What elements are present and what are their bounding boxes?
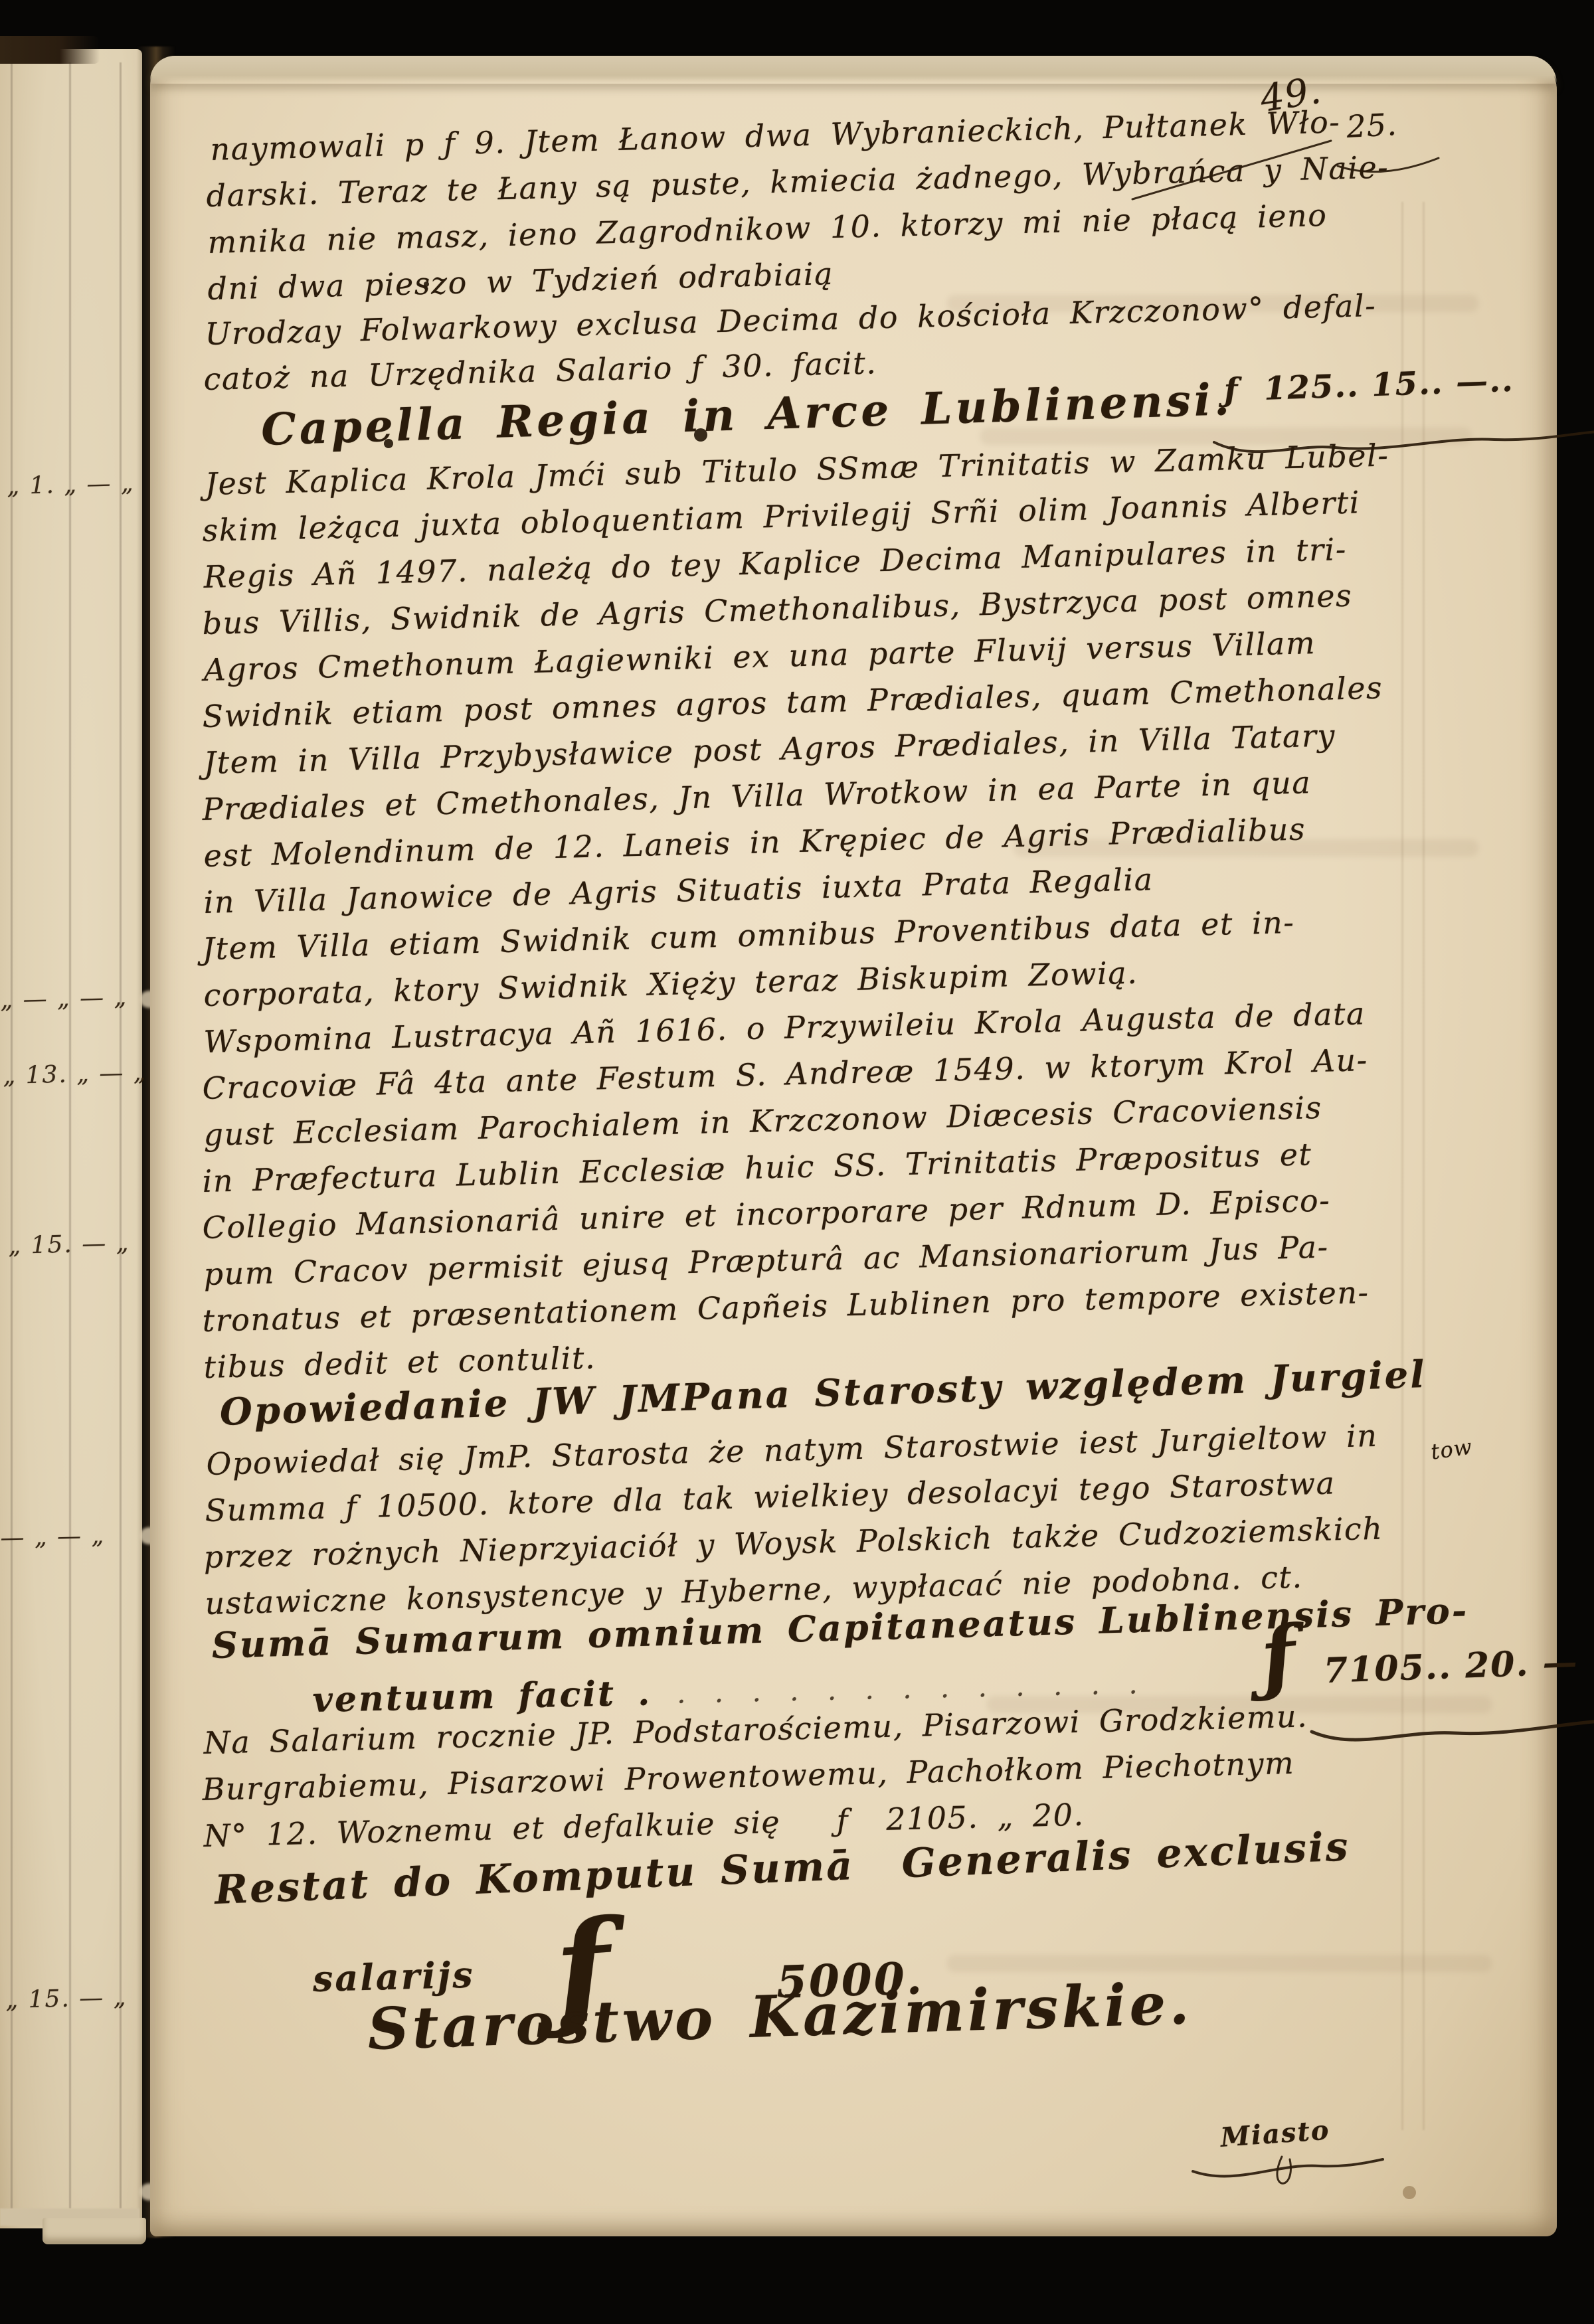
margin-amount: „ 1. „ — „ (7, 469, 135, 500)
page-number: 25. (1346, 106, 1398, 145)
heading-subscript: tow (1429, 1434, 1474, 1464)
manuscript-scan: 49.25.„ 1. „ — „„ — „ — „„ 13. „ — „„ 15… (0, 0, 1594, 2324)
heading-starostwo-kazimirskie: Starostwo Kazimirskie. (367, 1970, 1194, 2063)
margin-amount: — „ — „ (0, 1522, 106, 1552)
margin-amount: „ — „ — „ (0, 983, 128, 1014)
manuscript-line: dni dwa pieszo w Tydzień odrabiaią (207, 256, 834, 307)
handwritten-text-layer: 49.25.„ 1. „ — „„ — „ — „„ 13. „ — „„ 15… (0, 0, 1594, 2324)
manuscript-line: tibus dedit et contulit. (203, 1340, 596, 1385)
amount-florins: 7105.. 20. — (1323, 1642, 1579, 1691)
catchword: Miasto (1219, 2114, 1331, 2153)
margin-amount: „ 15. — „ (5, 1984, 128, 2014)
amount-florins: ƒ 125.. 15.. —.. (1223, 362, 1514, 409)
margin-amount: „ 15. — „ (8, 1230, 130, 1260)
margin-amount: „ 13. „ — „ (3, 1059, 147, 1090)
